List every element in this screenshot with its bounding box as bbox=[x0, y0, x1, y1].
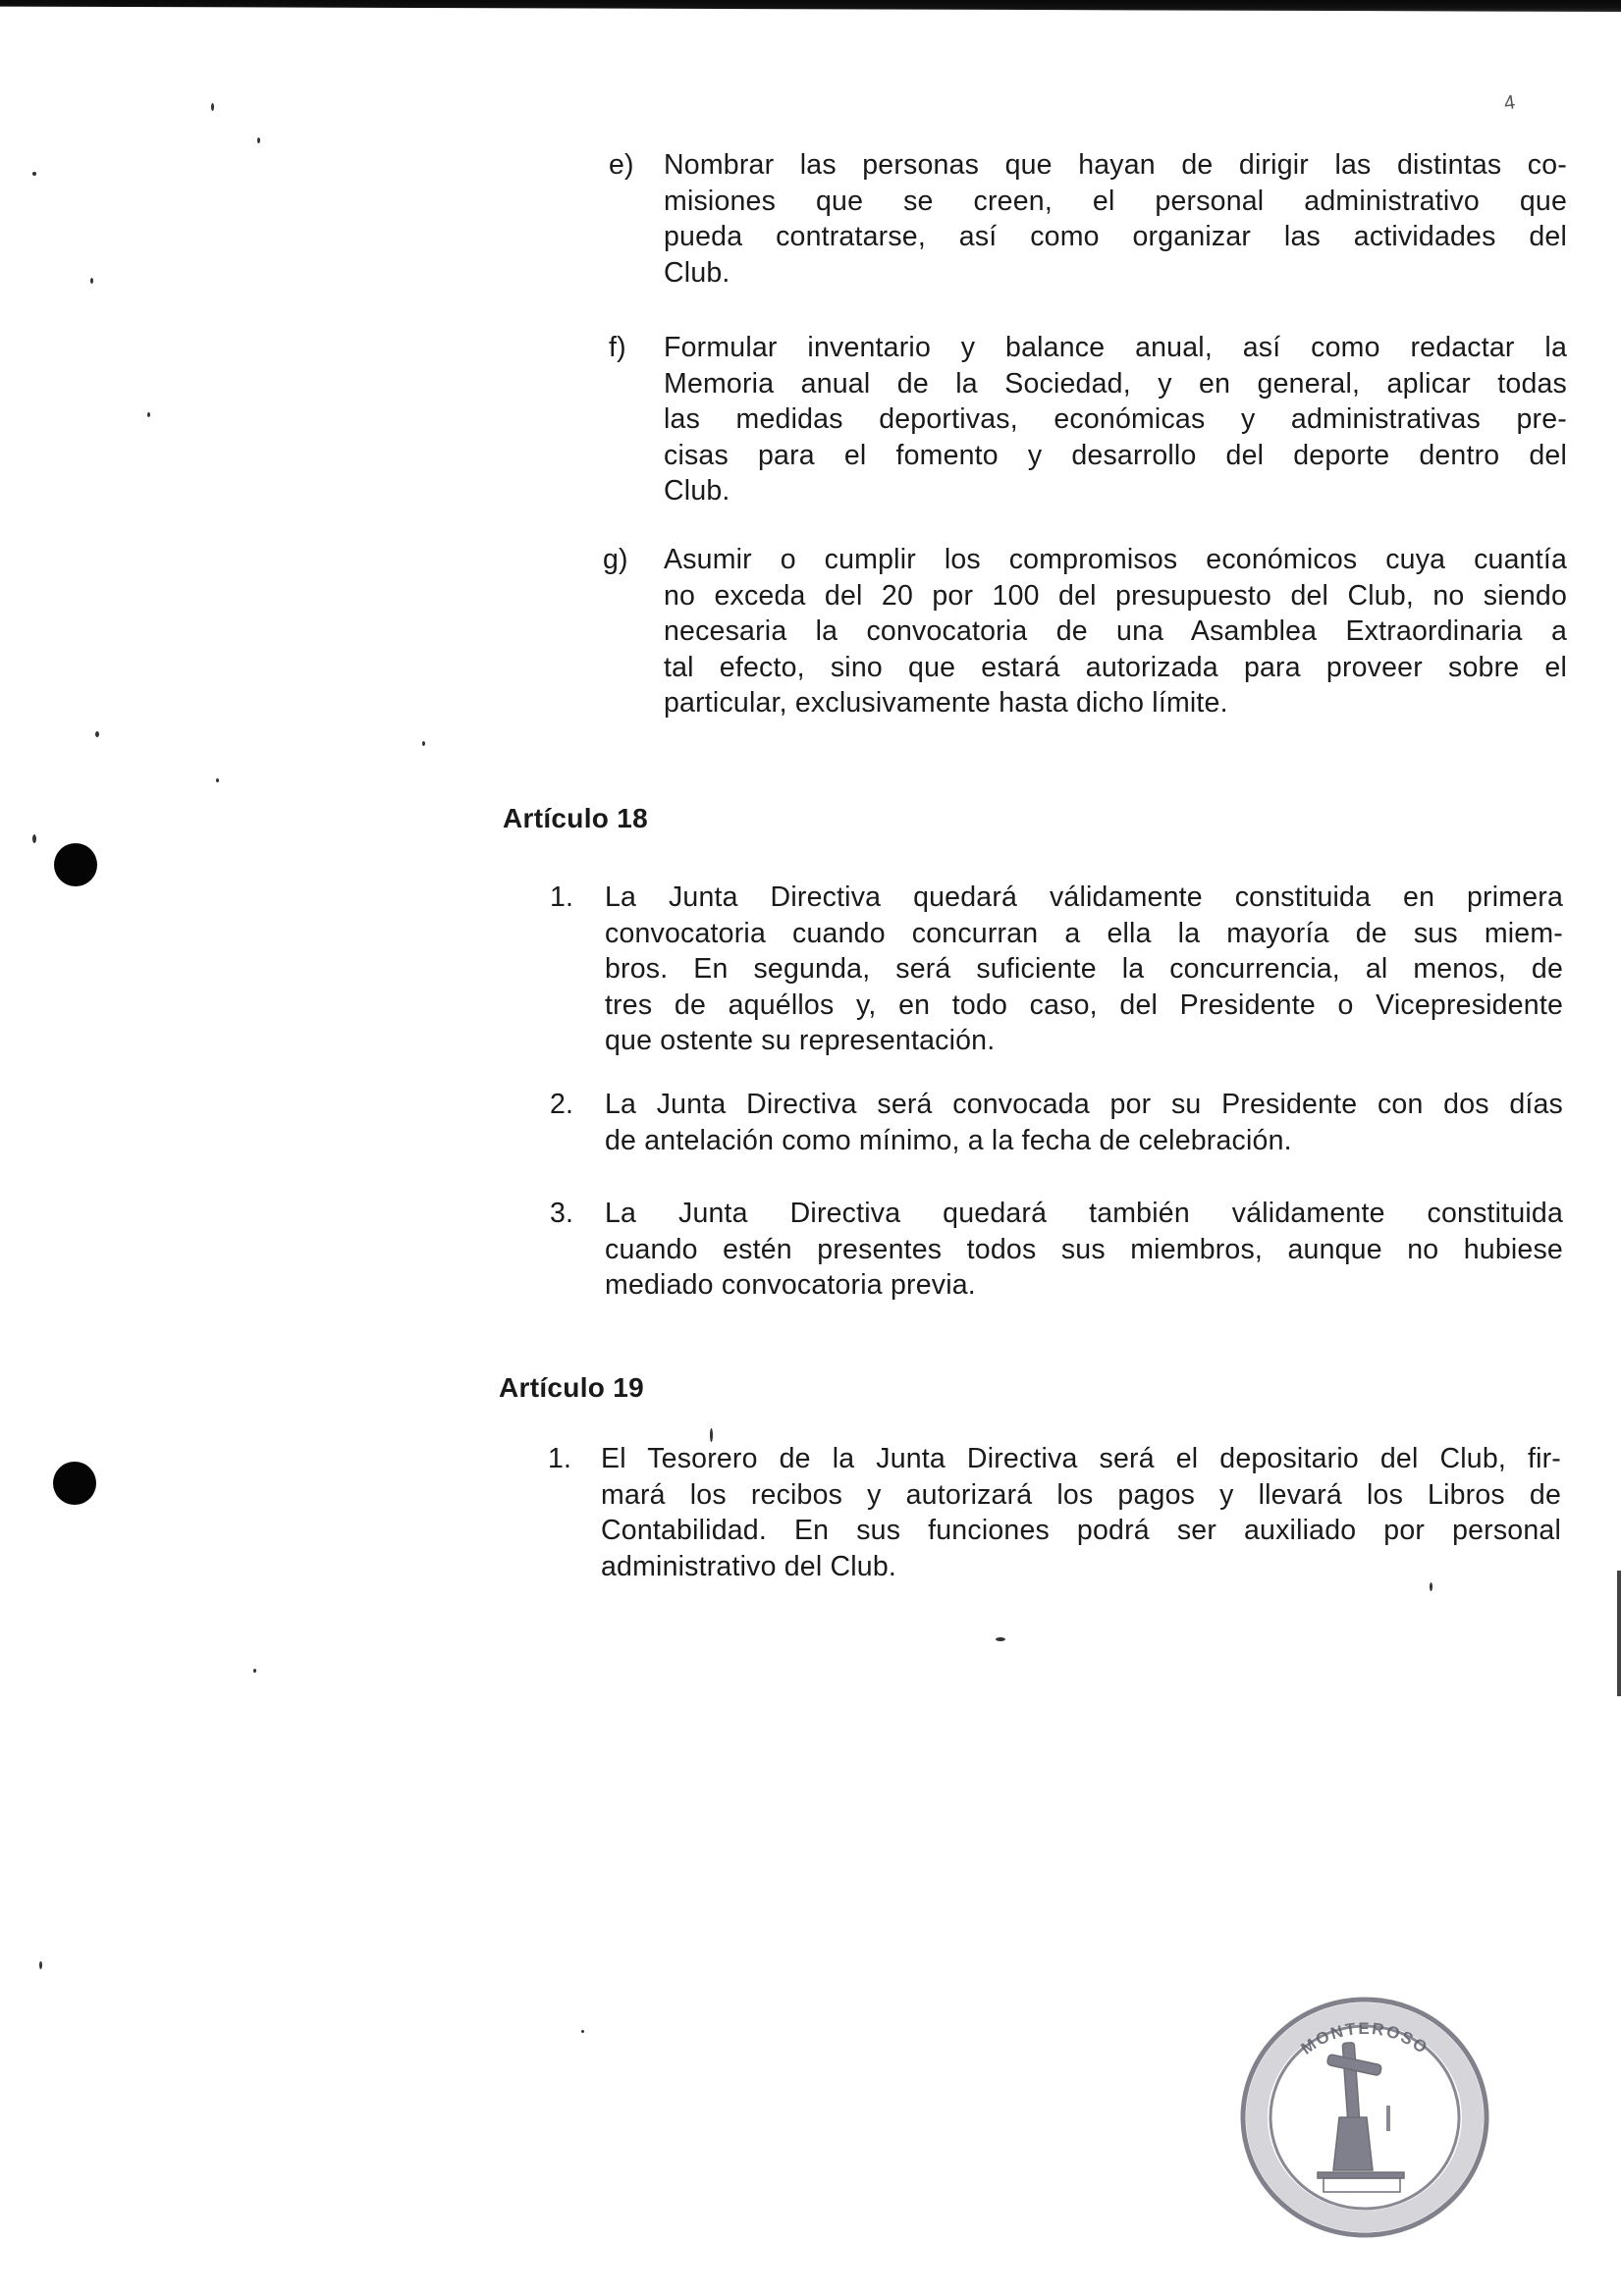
scan-speck bbox=[211, 103, 214, 111]
text-line: Nombrar las personas que hayan de dirigi… bbox=[664, 147, 1567, 184]
text-line: particular, exclusivamente hasta dicho l… bbox=[664, 685, 1567, 721]
item-text: La Junta Directiva quedará válidamente c… bbox=[605, 880, 1563, 1059]
text-line: El Tesorero de la Junta Directiva será e… bbox=[601, 1441, 1561, 1477]
item-label: 3. bbox=[550, 1196, 573, 1232]
text-line: Formular inventario y balance anual, así… bbox=[664, 330, 1567, 366]
text-line: La Junta Directiva quedará válidamente c… bbox=[605, 880, 1563, 916]
item-label: 1. bbox=[550, 880, 573, 916]
text-line: pueda contratarse, así como organizar la… bbox=[664, 219, 1567, 255]
text-line: bros. En segunda, será suficiente la con… bbox=[605, 951, 1563, 988]
text-line: de antelación como mínimo, a la fecha de… bbox=[605, 1123, 1563, 1159]
text-line: cisas para el fomento y desarrollo del d… bbox=[664, 438, 1567, 474]
text-line: Asumir o cumplir los compromisos económi… bbox=[664, 542, 1567, 578]
scan-speck bbox=[90, 278, 93, 284]
page-number: 4 bbox=[1502, 91, 1516, 115]
text-line: necesaria la convocatoria de una Asamble… bbox=[664, 614, 1567, 650]
text-line: La Junta Directiva quedará también válid… bbox=[605, 1196, 1563, 1232]
text-line: misiones que se creen, el personal admin… bbox=[664, 184, 1567, 220]
text-line: tal efecto, sino que estará autorizada p… bbox=[664, 650, 1567, 686]
scan-speck bbox=[581, 2030, 584, 2033]
item-label: g) bbox=[603, 542, 628, 578]
binder-hole-icon bbox=[53, 1462, 96, 1505]
text-line: las medidas deportivas, económicas y adm… bbox=[664, 401, 1567, 438]
text-line: Club. bbox=[664, 255, 1567, 292]
item-label: e) bbox=[609, 147, 634, 184]
text-line: cuando estén presentes todos sus miembro… bbox=[605, 1232, 1563, 1268]
text-line: no exceda del 20 por 100 del presupuesto… bbox=[664, 578, 1567, 614]
scan-speck bbox=[257, 137, 260, 143]
scan-top-edge bbox=[0, 0, 1621, 12]
scan-right-edge bbox=[1617, 1571, 1621, 1696]
article-heading: Artículo 19 bbox=[499, 1372, 644, 1404]
text-line: Contabilidad. En sus funciones podrá ser… bbox=[601, 1513, 1561, 1549]
text-line: La Junta Directiva será convocada por su… bbox=[605, 1087, 1563, 1123]
item-text: La Junta Directiva quedará también válid… bbox=[605, 1196, 1563, 1304]
item-label: f) bbox=[609, 330, 626, 366]
scan-speck bbox=[216, 778, 219, 782]
text-line: Club. bbox=[664, 473, 1567, 509]
scan-speck bbox=[253, 1669, 256, 1673]
scan-speck bbox=[422, 741, 425, 746]
scan-speck bbox=[95, 731, 99, 737]
text-line: mará los recibos y autorizará los pagos … bbox=[601, 1477, 1561, 1514]
scan-speck bbox=[147, 412, 150, 417]
article-heading: Artículo 18 bbox=[503, 803, 648, 834]
item-text: Asumir o cumplir los compromisos económi… bbox=[664, 542, 1567, 721]
item-label: 1. bbox=[548, 1441, 571, 1477]
scan-speck bbox=[710, 1428, 713, 1442]
scan-speck bbox=[996, 1637, 1005, 1641]
item-text: La Junta Directiva será convocada por su… bbox=[605, 1087, 1563, 1158]
text-line: mediado convocatoria previa. bbox=[605, 1267, 1563, 1304]
scan-speck bbox=[32, 172, 36, 176]
item-text: El Tesorero de la Junta Directiva será e… bbox=[601, 1441, 1561, 1584]
item-text: Nombrar las personas que hayan de dirigi… bbox=[664, 147, 1567, 291]
text-line: tres de aquéllos y, en todo caso, del Pr… bbox=[605, 988, 1563, 1024]
text-line: administrativo del Club. bbox=[601, 1549, 1561, 1585]
text-line: convocatoria cuando concurran a ella la … bbox=[605, 916, 1563, 952]
item-label: 2. bbox=[550, 1087, 573, 1123]
cross-monument-icon: MONTEROSO bbox=[1239, 1996, 1490, 2239]
text-line: que ostente su representación. bbox=[605, 1023, 1563, 1059]
club-seal: MONTEROSO bbox=[1239, 1996, 1490, 2239]
text-line: Memoria anual de la Sociedad, y en gener… bbox=[664, 366, 1567, 402]
scan-speck bbox=[32, 834, 36, 843]
scan-speck bbox=[39, 1961, 42, 1969]
item-text: Formular inventario y balance anual, así… bbox=[664, 330, 1567, 509]
binder-hole-icon bbox=[54, 843, 97, 886]
